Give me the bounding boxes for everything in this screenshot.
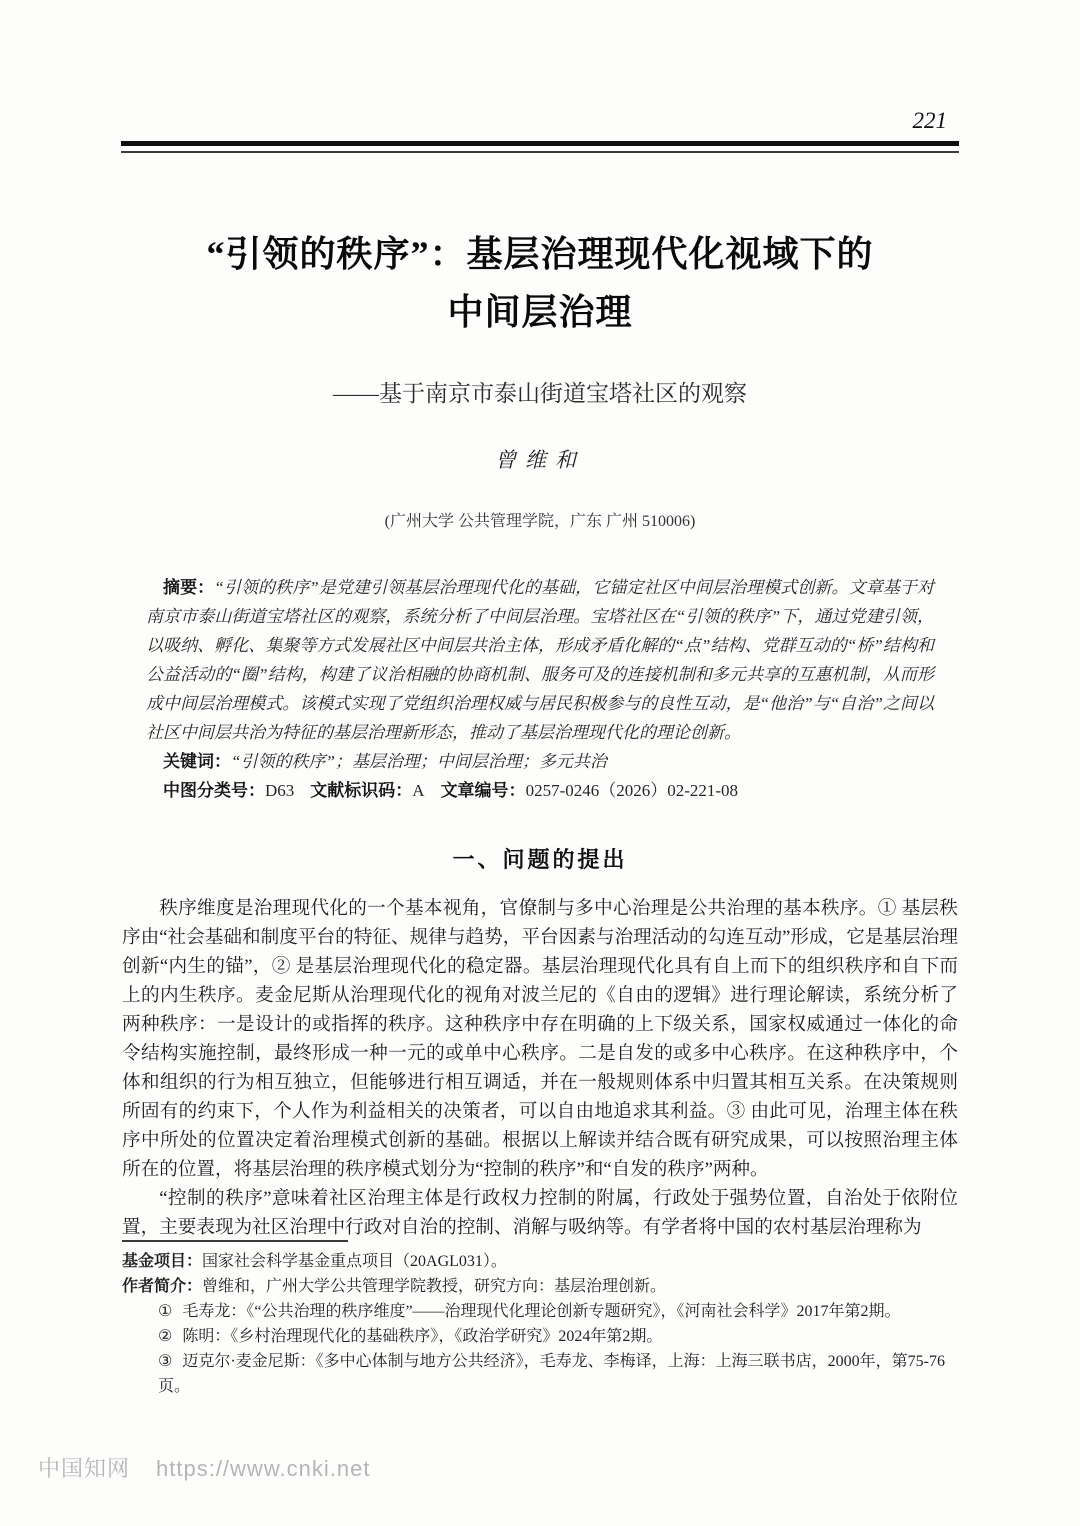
header-rule-thin <box>121 151 959 153</box>
fund-label: 基金项目： <box>122 1253 202 1270</box>
footnote-2: ②陈明：《乡村治理现代化的基础秩序》，《政治学研究》2024年第2期。 <box>122 1324 958 1349</box>
clc-label: 中图分类号： <box>163 781 265 800</box>
doc-code-label: 文献标识码： <box>310 781 412 800</box>
clc-value: D63 <box>265 781 294 800</box>
article-title: “引领的秩序”：基层治理现代化视域下的中间层治理 <box>122 226 958 341</box>
title-line-1: “引领的秩序”：基层治理现代化视域下的 <box>206 234 873 274</box>
section-heading: 一、问题的提出 <box>122 843 958 874</box>
abstract-text: “引领的秩序”是党建引领基层治理现代化的基础，它锚定社区中间层治理模式创新。文章… <box>146 578 934 742</box>
footnotes-block: 基金项目：国家社会科学基金重点项目（20AGL031）。 作者简介：曾维和，广州… <box>122 1240 958 1399</box>
author-affiliation: (广州大学 公共管理学院，广东 广州 510006) <box>122 508 958 531</box>
article-body: “引领的秩序”：基层治理现代化视域下的中间层治理 ——基于南京市泰山街道宝塔社区… <box>0 226 1080 1242</box>
article-id-label: 文章编号： <box>441 781 526 800</box>
footnote-1-text: 毛寿龙：《“公共治理的秩序维度”——治理现代化理论创新专题研究》，《河南社会科学… <box>182 1303 900 1320</box>
bio-line: 作者简介：曾维和，广州大学公共管理学院教授，研究方向：基层治理创新。 <box>122 1274 958 1299</box>
footnote-2-marker: ② <box>158 1328 172 1345</box>
footnote-3-text: 迈克尔·麦金尼斯：《多中心体制与地方公共经济》，毛寿龙、李梅译，上海：上海三联书… <box>158 1353 945 1395</box>
abstract-label: 摘要： <box>163 578 214 597</box>
cnki-watermark: 中国知网https://www.cnki.net <box>38 1452 370 1483</box>
footnote-1-marker: ① <box>158 1303 172 1320</box>
abstract-paragraph: 摘要：“引领的秩序”是党建引领基层治理现代化的基础，它锚定社区中间层治理模式创新… <box>146 573 934 747</box>
article-subtitle: ——基于南京市泰山街道宝塔社区的观察 <box>122 375 958 408</box>
footnote-separator <box>122 1240 348 1242</box>
paper-page: 221 “引领的秩序”：基层治理现代化视域下的中间层治理 ——基于南京市泰山街道… <box>0 0 1080 1526</box>
bio-label: 作者简介： <box>122 1278 202 1295</box>
bio-text: 曾维和，广州大学公共管理学院教授，研究方向：基层治理创新。 <box>202 1278 666 1295</box>
keywords-label: 关键词： <box>163 752 231 771</box>
classification-line: 中图分类号：D63文献标识码：A文章编号：0257-0246（2026）02-2… <box>146 776 934 805</box>
footnote-2-text: 陈明：《乡村治理现代化的基础秩序》，《政治学研究》2024年第2期。 <box>182 1328 662 1345</box>
keywords-line: 关键词：“引领的秩序”；基层治理；中间层治理；多元共治 <box>146 747 934 776</box>
fund-line: 基金项目：国家社会科学基金重点项目（20AGL031）。 <box>122 1249 958 1274</box>
page-number: 221 <box>913 108 948 134</box>
abstract-block: 摘要：“引领的秩序”是党建引领基层治理现代化的基础，它锚定社区中间层治理模式创新… <box>146 573 934 805</box>
footnote-3-marker: ③ <box>158 1353 172 1370</box>
keywords-text: “引领的秩序”；基层治理；中间层治理；多元共治 <box>231 752 607 771</box>
cnki-logo-text: 中国知网 <box>38 1456 130 1481</box>
paragraph-2: “控制的秩序”意味着社区治理主体是行政权力控制的附属，行政处于强势位置，自治处于… <box>122 1184 958 1242</box>
title-line-2: 中间层治理 <box>447 292 632 332</box>
header-rule-thick <box>121 141 959 146</box>
author-name: 曾维和 <box>122 444 958 474</box>
footnote-3: ③迈克尔·麦金尼斯：《多中心体制与地方公共经济》，毛寿龙、李梅译，上海：上海三联… <box>122 1349 958 1399</box>
article-id-value: 0257-0246（2026）02-221-08 <box>526 781 738 800</box>
fund-text: 国家社会科学基金重点项目（20AGL031）。 <box>202 1253 507 1270</box>
cnki-url: https://www.cnki.net <box>156 1456 370 1481</box>
footnote-1: ①毛寿龙：《“公共治理的秩序维度”——治理现代化理论创新专题研究》，《河南社会科… <box>122 1299 958 1324</box>
doc-code-value: A <box>412 781 424 800</box>
paragraph-1: 秩序维度是治理现代化的一个基本视角，官僚制与多中心治理是公共治理的基本秩序。① … <box>122 894 958 1184</box>
